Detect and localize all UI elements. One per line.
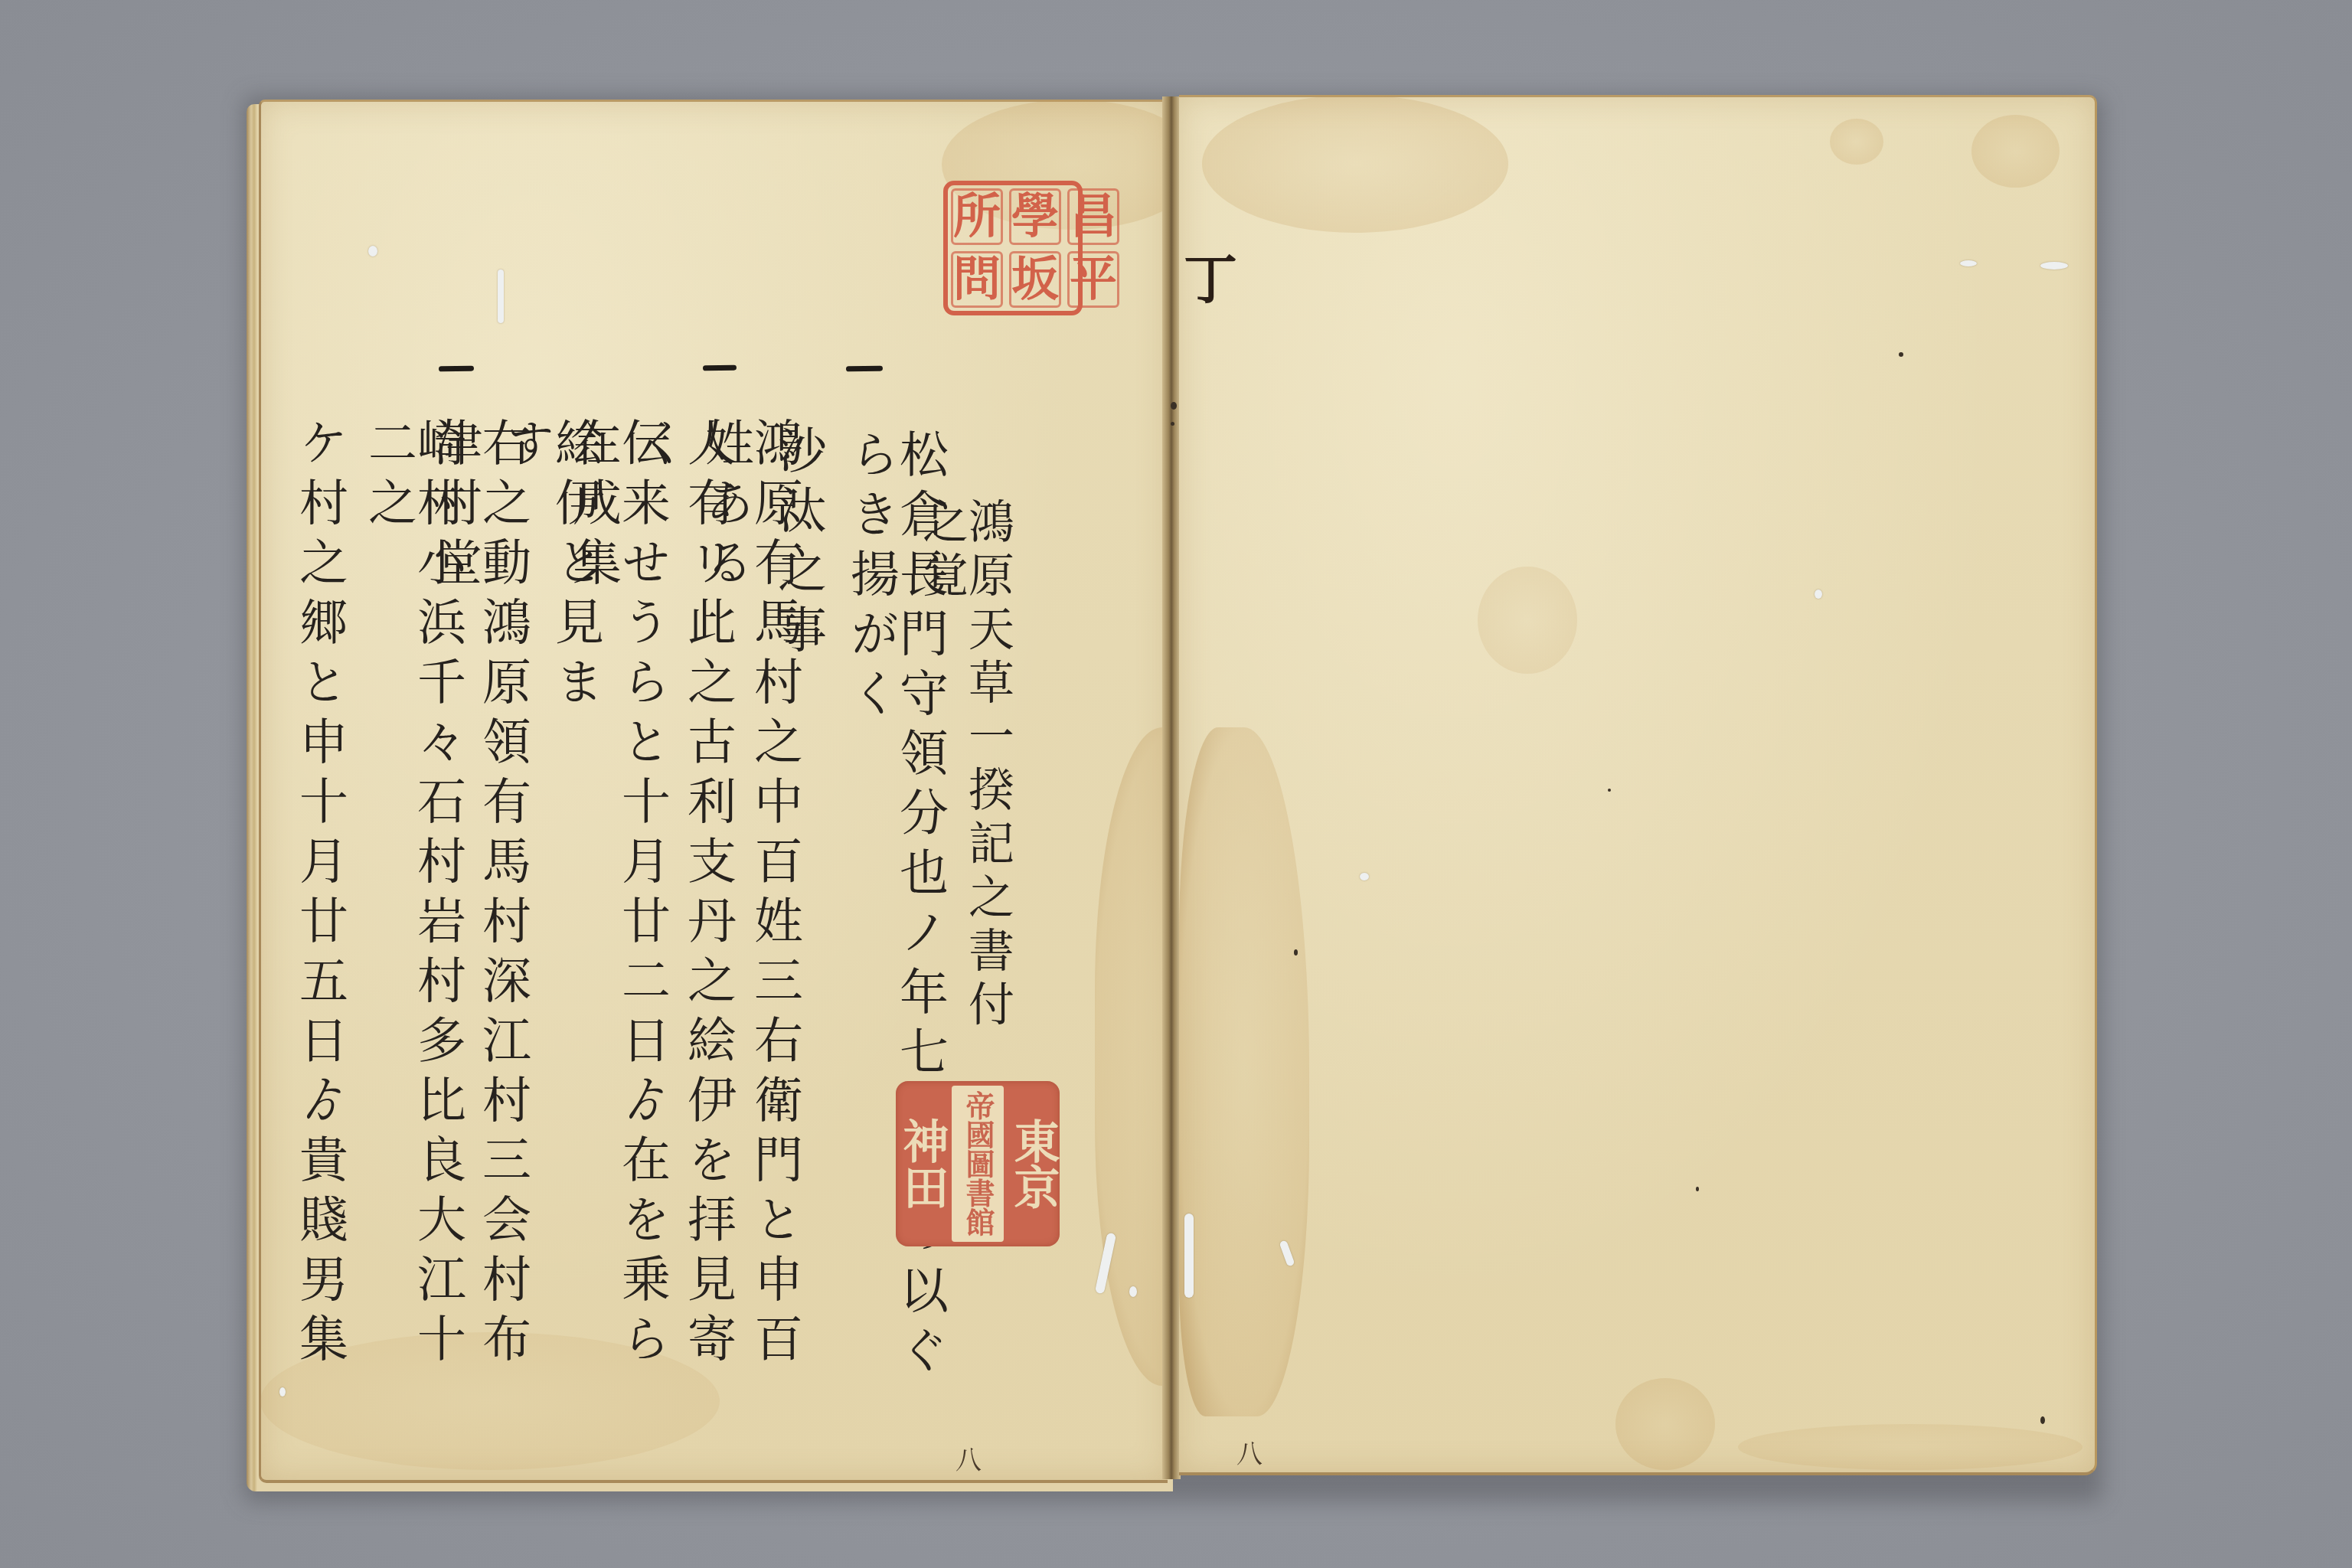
library-seal-bottom: 神田 帝國圖書館 東京: [896, 1081, 1060, 1246]
text-column-8: 崎村小浜千々石村岩村多比良大江十二之: [364, 417, 462, 1413]
folio-mark-right: 八: [1236, 1433, 1263, 1471]
ink-speck: [1294, 949, 1298, 955]
right-page: [1179, 95, 2097, 1475]
book-spine: [1162, 96, 1181, 1479]
item-mark-3: [439, 366, 474, 372]
seal-char: 學: [1009, 188, 1061, 245]
paper-loss: [279, 1387, 286, 1396]
paper-loss: [498, 269, 504, 323]
paper-loss: [1184, 1214, 1194, 1298]
seal-char: 昌: [1067, 188, 1119, 245]
seal-char-group: 帝國圖書館: [952, 1086, 1004, 1242]
paper-loss: [368, 246, 377, 256]
seal-char: 問: [951, 251, 1003, 308]
ink-speck: [1899, 352, 1903, 357]
seal-char-group: 神田: [896, 1081, 949, 1246]
seal-char: 平: [1067, 251, 1119, 308]
margin-mark: 丁: [1184, 237, 1237, 315]
ink-speck: [2040, 1416, 2045, 1424]
item-mark-1: [846, 366, 883, 372]
water-stain: [1179, 727, 1309, 1416]
seal-char: 所: [951, 188, 1003, 245]
binding-hole: [1171, 422, 1174, 426]
ink-speck: [1696, 1187, 1699, 1191]
seal-char-group: 東京: [1007, 1081, 1060, 1246]
water-stain: [1738, 1424, 2082, 1470]
paper-loss: [1129, 1286, 1137, 1297]
paper-loss: [1815, 590, 1822, 599]
seal-char: 坂: [1009, 251, 1061, 308]
binding-hole: [1171, 402, 1177, 410]
paper-loss: [1960, 260, 1977, 266]
folio-mark-left: 八: [955, 1439, 982, 1477]
water-stain: [1971, 115, 2060, 188]
text-column-9: ケ村之郷と申十月廿五日ゟ貴賤男集: [295, 417, 344, 1413]
water-stain: [1830, 119, 1883, 165]
text-column-1: 松倉長門守領分也ノ年七八月の以ぐらき揚がく: [846, 429, 944, 1409]
paper-loss: [2040, 262, 2068, 269]
item-mark-2: [703, 365, 737, 371]
library-seal-top: 所 學 昌 問 坂 平: [943, 181, 1083, 315]
water-stain: [1202, 95, 1508, 233]
water-stain: [1615, 1378, 1715, 1470]
ink-speck: [1608, 789, 1611, 792]
water-stain: [1478, 567, 1577, 674]
paper-loss: [1360, 873, 1369, 880]
